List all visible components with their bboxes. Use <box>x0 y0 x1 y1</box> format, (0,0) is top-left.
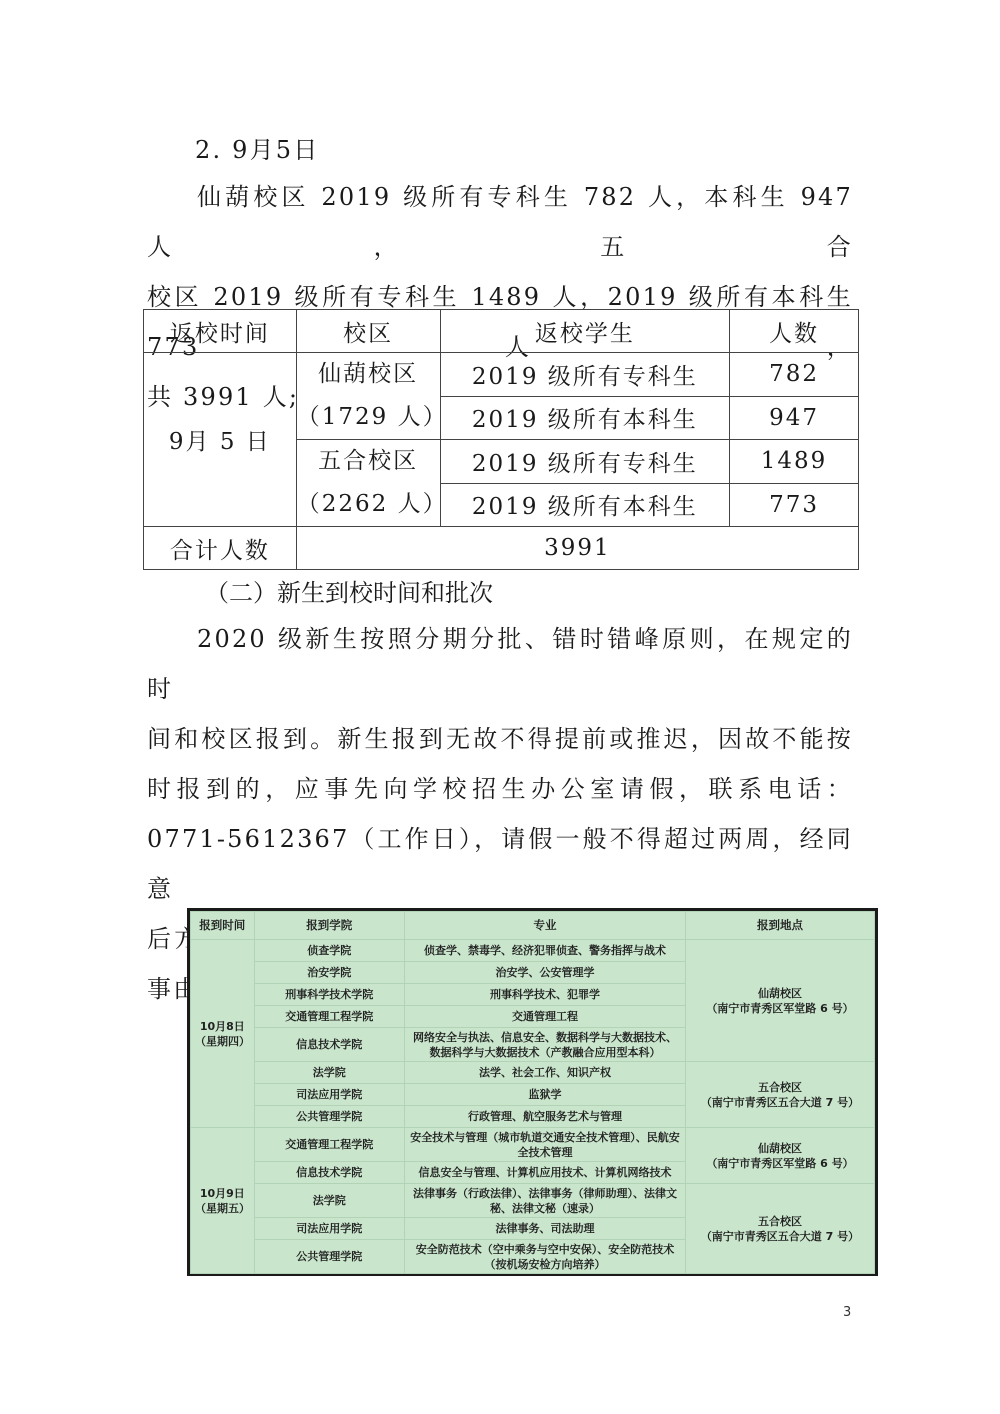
majors-cell: 法律事务、司法助理 <box>404 1218 685 1240</box>
majors-cell: 交通管理工程 <box>404 1006 685 1028</box>
campus-name: 五合校区 <box>690 1080 870 1095</box>
paragraph-line: 间和校区报到。新生报到无故不得提前或推迟，因故不能按 <box>147 714 853 764</box>
table-row: 10月8日 （星期四） 侦查学院 侦查学、禁毒学、经济犯罪侦查、警务指挥与战术 … <box>191 940 875 962</box>
header-cell: 报到时间 <box>191 912 255 940</box>
campus-name: 五合校区 <box>690 1214 870 1229</box>
table-header-row: 返校时间 校区 返校学生 人数 <box>144 310 859 353</box>
college-cell: 交通管理工程学院 <box>254 1128 404 1162</box>
paragraph-line: 2020 级新生按照分期分批、错时错峰原则，在规定的时 <box>147 614 853 714</box>
date: 10月8日 <box>195 1019 250 1034</box>
students-cell: 2019 级所有专科生 <box>440 440 730 484</box>
count-cell: 773 <box>730 483 859 527</box>
college-cell: 司法应用学院 <box>254 1084 404 1106</box>
header-cell: 返校时间 <box>144 310 297 353</box>
total-label: 合计人数 <box>144 527 297 570</box>
campus-name: 五合校区 <box>297 440 440 483</box>
registration-schedule-table: 报到时间 报到学院 专业 报到地点 10月8日 （星期四） 侦查学院 侦查学、禁… <box>190 911 875 1274</box>
registration-schedule-image: 报到时间 报到学院 专业 报到地点 10月8日 （星期四） 侦查学院 侦查学、禁… <box>187 908 878 1276</box>
majors-cell: 信息安全与管理、计算机应用技术、计算机网络技术 <box>404 1162 685 1184</box>
section-heading-freshmen: （二）新生到校时间和批次 <box>205 568 911 618</box>
campus-address: （南宁市青秀区军堂路 6 号） <box>690 1001 870 1016</box>
college-cell: 法学院 <box>254 1184 404 1218</box>
paragraph-line: 时报到的，应事先向学校招生办公室请假，联系电话： <box>147 764 853 814</box>
date-cell: 10月8日 （星期四） <box>191 940 255 1128</box>
paragraph-line: 仙葫校区 2019 级所有专科生 782 人，本科生 947 人，五合 <box>147 172 853 272</box>
weekday: （星期五） <box>195 1201 250 1216</box>
college-cell: 交通管理工程学院 <box>254 1006 404 1028</box>
majors-cell: 网络安全与执法、信息安全、数据科学与大数据技术、数据科学与大数据技术（产教融合应… <box>404 1028 685 1062</box>
location-cell: 仙葫校区 （南宁市青秀区军堂路 6 号） <box>685 1128 874 1184</box>
college-cell: 公共管理学院 <box>254 1106 404 1128</box>
total-value: 3991 <box>296 527 858 570</box>
location-cell: 五合校区 （南宁市青秀区五合大道 7 号） <box>685 1062 874 1128</box>
campus-cell: 仙葫校区 （1729 人） <box>296 353 440 440</box>
campus-subtotal: （1729 人） <box>297 396 440 439</box>
college-cell: 信息技术学院 <box>254 1028 404 1062</box>
majors-cell: 治安学、公安管理学 <box>404 962 685 984</box>
majors-cell: 刑事科学技术、犯罪学 <box>404 984 685 1006</box>
college-cell: 侦查学院 <box>254 940 404 962</box>
college-cell: 信息技术学院 <box>254 1162 404 1184</box>
college-cell: 刑事科学技术学院 <box>254 984 404 1006</box>
date: 10月9日 <box>195 1186 250 1201</box>
campus-address: （南宁市青秀区五合大道 7 号） <box>690 1229 870 1244</box>
count-cell: 782 <box>730 353 859 397</box>
header-cell: 专业 <box>404 912 685 940</box>
count-cell: 1489 <box>730 440 859 484</box>
header-cell: 人数 <box>730 310 859 353</box>
weekday: （星期四） <box>195 1034 250 1049</box>
header-cell: 校区 <box>296 310 440 353</box>
return-date-cell: 9月 5 日 <box>144 353 297 527</box>
campus-name: 仙葫校区 <box>297 353 440 396</box>
college-cell: 法学院 <box>254 1062 404 1084</box>
page-number: 3 <box>843 1305 851 1320</box>
majors-cell: 行政管理、航空服务艺术与管理 <box>404 1106 685 1128</box>
location-cell: 仙葫校区 （南宁市青秀区军堂路 6 号） <box>685 940 874 1062</box>
date-cell: 10月9日 （星期五） <box>191 1128 255 1274</box>
table-row: 10月9日 （星期五） 交通管理工程学院 安全技术与管理（城市轨道交通安全技术管… <box>191 1128 875 1162</box>
campus-name: 仙葫校区 <box>690 986 870 1001</box>
paragraph-line: 0771-5612367（工作日），请假一般不得超过两周，经同意 <box>147 814 853 914</box>
count-cell: 947 <box>730 396 859 440</box>
students-cell: 2019 级所有本科生 <box>440 483 730 527</box>
majors-cell: 安全技术与管理（城市轨道交通安全技术管理）、民航安全技术管理 <box>404 1128 685 1162</box>
majors-cell: 侦查学、禁毒学、经济犯罪侦查、警务指挥与战术 <box>404 940 685 962</box>
section-heading-sept5: 2. 9月5日 <box>195 125 901 175</box>
majors-cell: 法律事务（行政法律）、法律事务（律师助理）、法律文秘、法律文秘（速录） <box>404 1184 685 1218</box>
campus-subtotal: （2262 人） <box>297 483 440 526</box>
college-cell: 治安学院 <box>254 962 404 984</box>
college-cell: 公共管理学院 <box>254 1240 404 1274</box>
campus-name: 仙葫校区 <box>690 1141 870 1156</box>
header-cell: 报到学院 <box>254 912 404 940</box>
campus-address: （南宁市青秀区五合大道 7 号） <box>690 1095 870 1110</box>
header-cell: 报到地点 <box>685 912 874 940</box>
campus-cell: 五合校区 （2262 人） <box>296 440 440 527</box>
majors-cell: 监狱学 <box>404 1084 685 1106</box>
students-cell: 2019 级所有本科生 <box>440 396 730 440</box>
table-row: 法学院 法学、社会工作、知识产权 五合校区 （南宁市青秀区五合大道 7 号） <box>191 1062 875 1084</box>
header-cell: 返校学生 <box>440 310 730 353</box>
college-cell: 司法应用学院 <box>254 1218 404 1240</box>
majors-cell: 法学、社会工作、知识产权 <box>404 1062 685 1084</box>
campus-address: （南宁市青秀区军堂路 6 号） <box>690 1156 870 1171</box>
table-row: 法学院 法律事务（行政法律）、法律事务（律师助理）、法律文秘、法律文秘（速录） … <box>191 1184 875 1218</box>
majors-cell: 安全防范技术（空中乘务与空中安保）、安全防范技术（按机场安检方向培养） <box>404 1240 685 1274</box>
location-cell: 五合校区 （南宁市青秀区五合大道 7 号） <box>685 1184 874 1274</box>
table-total-row: 合计人数 3991 <box>144 527 859 570</box>
table-row: 9月 5 日 仙葫校区 （1729 人） 2019 级所有专科生 782 <box>144 353 859 397</box>
table-header-row: 报到时间 报到学院 专业 报到地点 <box>191 912 875 940</box>
return-schedule-table: 返校时间 校区 返校学生 人数 9月 5 日 仙葫校区 （1729 人） 201… <box>143 309 859 570</box>
students-cell: 2019 级所有专科生 <box>440 353 730 397</box>
